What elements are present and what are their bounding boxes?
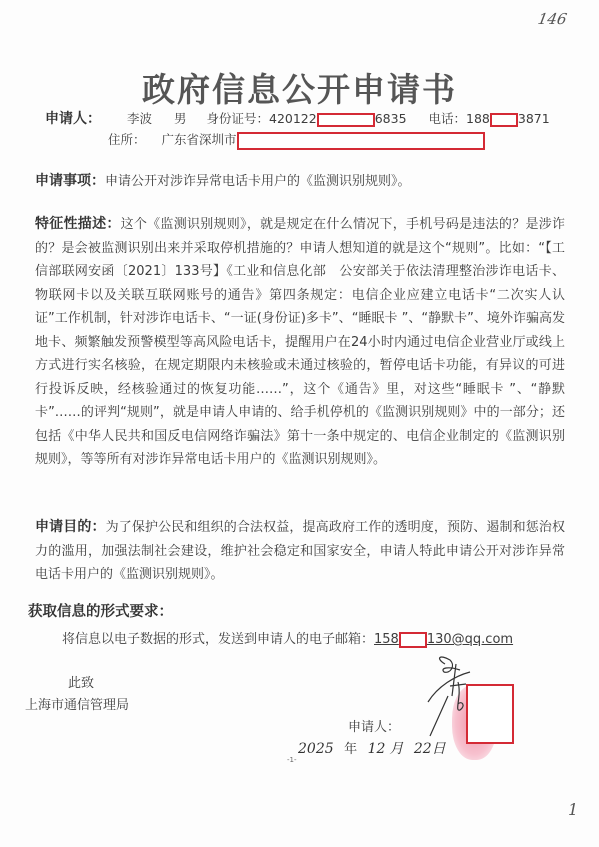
applicant-label: 申请人： bbox=[45, 111, 101, 127]
phone-suffix: 3871 bbox=[518, 111, 550, 126]
applicant-name: 李波 bbox=[127, 111, 152, 126]
signature-redaction bbox=[466, 684, 514, 744]
phone-redaction bbox=[490, 113, 518, 127]
address-redaction bbox=[237, 132, 485, 150]
date-year: 2025 bbox=[298, 741, 334, 757]
date-day-unit: 日 bbox=[432, 741, 446, 757]
signature-date: 2025 年 12月 22日 bbox=[298, 738, 446, 758]
phone-prefix: 188 bbox=[466, 111, 490, 126]
address-label: 住所： bbox=[108, 132, 146, 147]
purpose-section: 申请目的：为了保护公民和组织的合法权益，提高政府工作的透明度，预防、遏制和惩治权… bbox=[35, 516, 565, 587]
email-suffix: 130@qq.com bbox=[427, 632, 513, 647]
id-redaction bbox=[317, 113, 375, 127]
salutation: 此致 bbox=[68, 672, 94, 691]
email-prefix: 158 bbox=[374, 632, 399, 647]
date-month-unit: 月 bbox=[389, 741, 403, 757]
purpose-text: 为了保护公民和组织的合法权益，提高政府工作的透明度，预防、遏制和惩治权力的滥用，… bbox=[35, 520, 565, 582]
description-text: 这个《监测识别规则》，就是规定在什么情况下，手机号码是违法的？是涉诈的？是会被监… bbox=[35, 217, 565, 467]
margin-mark: 1 bbox=[568, 800, 578, 819]
id-label: 身份证号： bbox=[206, 111, 269, 126]
applicant-row: 申请人： 李波 男 身份证号：4201226835 电话：1883871 bbox=[45, 108, 550, 128]
request-item-section: 申请事项：申请公开对涉诈异常电话卡用户的《监测识别规则》。 bbox=[35, 170, 565, 194]
date-day: 22 bbox=[414, 741, 432, 757]
page-mark: 146 bbox=[536, 10, 568, 28]
purpose-label: 申请目的： bbox=[35, 519, 106, 535]
date-year-unit: 年 bbox=[344, 742, 357, 757]
phone-label: 电话： bbox=[429, 111, 467, 126]
request-item-label: 申请事项： bbox=[35, 173, 105, 189]
format-req-row: 将信息以电子数据的形式，发送到申请人的电子邮箱：158130@qq.com bbox=[62, 628, 513, 648]
page-number: -1- bbox=[287, 756, 297, 764]
address-row: 住所： 广东省深圳市 bbox=[108, 130, 485, 150]
email-redaction bbox=[399, 632, 427, 648]
description-section: 特征性描述：这个《监测识别规则》，就是规定在什么情况下，手机号码是违法的？是涉诈… bbox=[35, 213, 565, 472]
address-prefix: 广东省深圳市 bbox=[162, 132, 237, 147]
description-label: 特征性描述： bbox=[35, 216, 121, 232]
request-item-text: 申请公开对涉诈异常电话卡用户的《监测识别规则》。 bbox=[105, 174, 411, 189]
id-suffix: 6835 bbox=[375, 111, 407, 126]
recipient: 上海市通信管理局 bbox=[25, 694, 129, 713]
format-req-text: 将信息以电子数据的形式，发送到申请人的电子邮箱： bbox=[62, 632, 374, 647]
date-month: 12 bbox=[368, 741, 386, 757]
applicant-gender: 男 bbox=[174, 111, 187, 126]
format-req-label: 获取信息的形式要求： bbox=[28, 600, 173, 621]
page-title: 政府信息公开申请书 bbox=[0, 64, 599, 111]
signer-label: 申请人： bbox=[348, 716, 400, 735]
id-prefix: 420122 bbox=[269, 111, 317, 126]
